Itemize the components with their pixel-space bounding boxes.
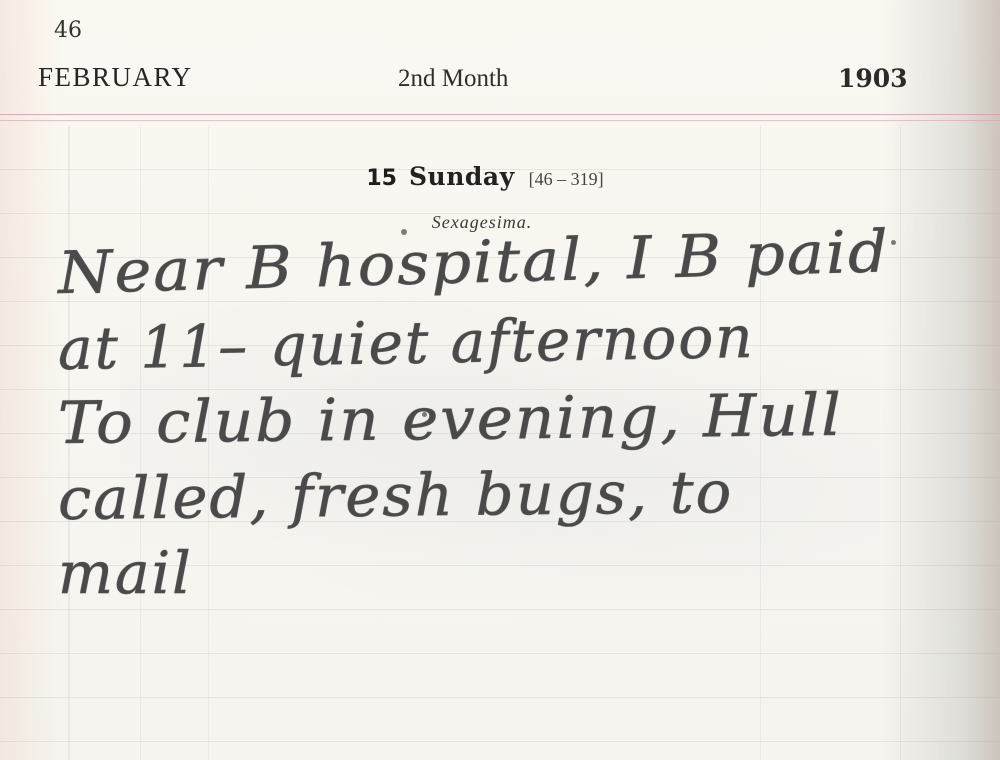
page-number: 46 (54, 18, 82, 43)
ink-speck (891, 240, 896, 245)
diary-page: 46 FEBRUARY 2nd Month 1903 15Sunday[46 –… (0, 0, 1000, 760)
handwritten-entry: Near B hospital, I B paid at 11– quiet a… (58, 230, 938, 616)
day-weekday: Sunday (409, 162, 515, 191)
day-count: [46 – 319] (529, 169, 604, 189)
ink-speck (401, 229, 407, 235)
entry-line: mail (58, 530, 938, 616)
month-ordinal: 2nd Month (398, 65, 508, 93)
month-title: FEBRUARY (38, 62, 193, 93)
header-rule (0, 114, 1000, 121)
day-heading: 15Sunday[46 – 319] (0, 162, 1000, 191)
day-date: 15 (366, 166, 397, 191)
ink-speck (422, 412, 427, 417)
entry-line: called, fresh bugs, to (58, 447, 956, 542)
year: 1903 (838, 64, 908, 93)
